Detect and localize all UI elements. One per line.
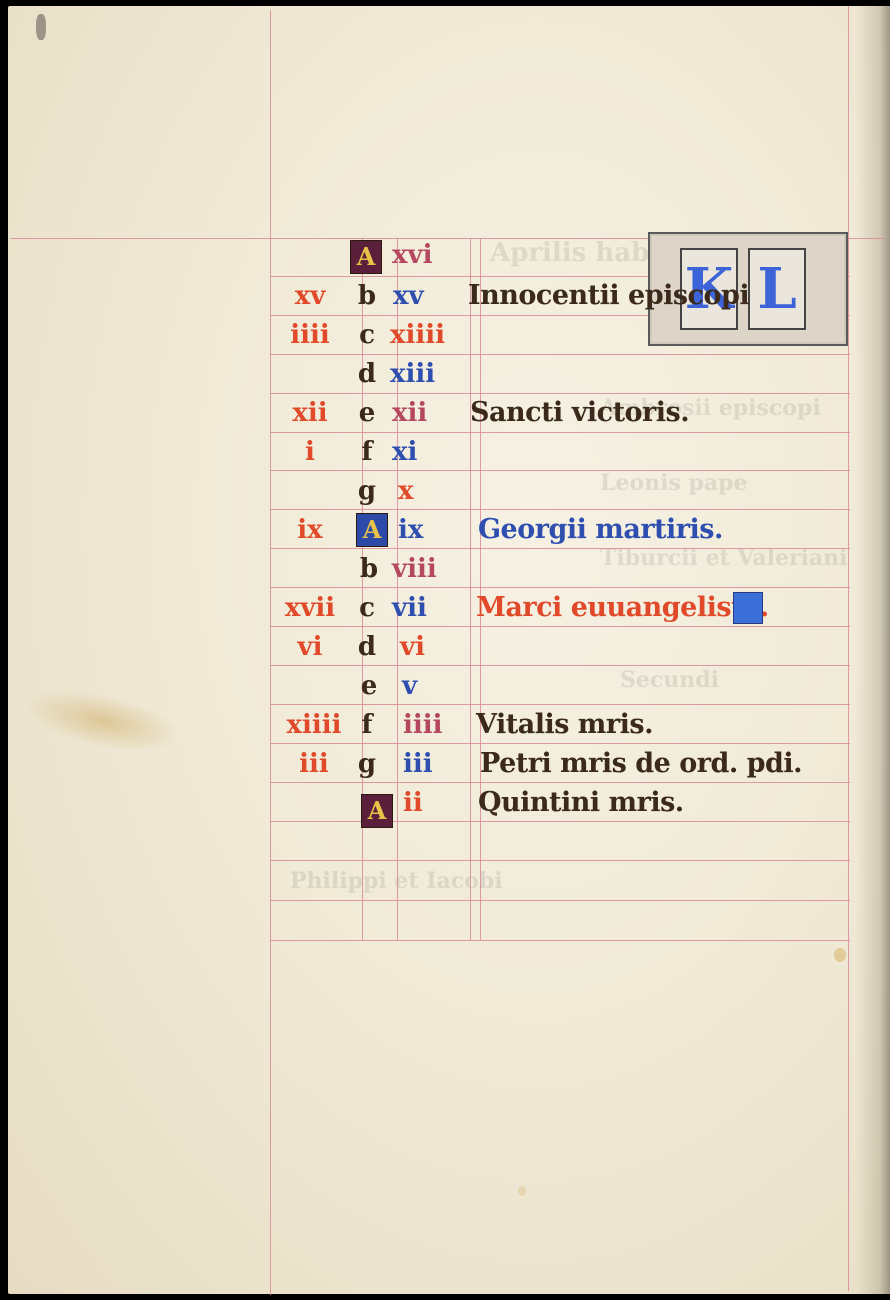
day-number: xiii — [390, 355, 435, 393]
dominical-letter: d — [350, 628, 384, 666]
dominical-letter: b — [352, 550, 386, 588]
day-number: x — [398, 472, 414, 510]
dominical-letter: d — [350, 355, 384, 393]
day-number: xv — [393, 277, 424, 315]
golden-number: xii — [270, 394, 350, 432]
page-edge-shadow — [856, 6, 890, 1294]
ruling-horizontal — [270, 860, 850, 861]
day-number: xvi — [392, 236, 433, 274]
foxing-spot — [834, 948, 846, 962]
dominical-letter: g — [350, 472, 384, 510]
show-through-line: Secundi — [620, 667, 719, 693]
feast-entry: Quintini mris. — [478, 784, 684, 822]
show-through-line: Leonis pape — [600, 470, 748, 496]
day-number: xii — [392, 394, 427, 432]
golden-number: i — [270, 433, 350, 471]
dominical-initial-gilded: A — [350, 240, 382, 274]
feast-entry: Petri mris de ord. pdi. — [480, 745, 802, 783]
paint-blot — [733, 592, 763, 624]
day-number: ix — [398, 511, 423, 549]
golden-number: xvii — [270, 589, 350, 627]
feast-entry-highlighted: Marci euuangeliste. — [476, 589, 769, 627]
feast-entry: Innocentii episcopi — [468, 277, 749, 315]
ruling-horizontal — [270, 940, 850, 941]
golden-number: iii — [270, 745, 358, 783]
kl-initial-l: L — [748, 248, 806, 330]
golden-number: xiiii — [270, 706, 358, 744]
dominical-letter: b — [350, 277, 384, 315]
dominical-letter: e — [350, 394, 384, 432]
feast-entry: Sancti victoris. — [470, 394, 689, 432]
day-number: viii — [392, 550, 437, 588]
foxing-spot — [518, 1186, 526, 1196]
golden-number: ix — [270, 511, 350, 549]
dominical-letter: f — [350, 706, 384, 744]
ruling-vertical — [470, 238, 471, 940]
day-number: iii — [403, 745, 433, 783]
dominical-initial-gilded: A — [356, 513, 388, 547]
golden-number: xv — [270, 277, 350, 315]
feast-entry-highlighted: Georgii martiris. — [478, 511, 723, 549]
day-number: iiii — [403, 706, 443, 744]
dominical-letter: e — [352, 667, 386, 705]
day-number: vi — [400, 628, 425, 666]
dominical-letter: c — [350, 316, 384, 354]
dominical-letter: c — [350, 589, 384, 627]
golden-number: iiii — [270, 316, 350, 354]
ink-smudge — [36, 14, 46, 40]
ruling-horizontal — [270, 900, 850, 901]
dominical-letter: f — [350, 433, 384, 471]
dominical-initial-gilded: A — [361, 794, 393, 828]
day-number: ii — [403, 784, 423, 822]
feast-entry: Vitalis mris. — [476, 706, 653, 744]
dominical-letter: g — [350, 745, 384, 783]
day-number: v — [402, 667, 417, 705]
water-stain — [24, 681, 181, 761]
ruling-vertical — [848, 6, 849, 1291]
day-number: xiiii — [390, 316, 445, 354]
day-number: xi — [392, 433, 417, 471]
golden-number: vi — [270, 628, 350, 666]
manuscript-page — [8, 6, 890, 1294]
day-number: vii — [392, 589, 427, 627]
